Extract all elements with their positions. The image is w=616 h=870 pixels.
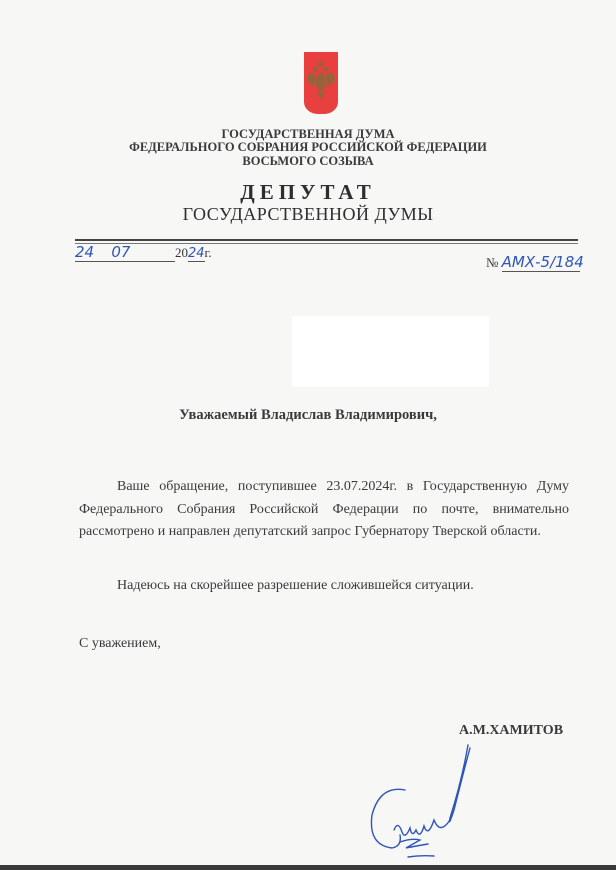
body-paragraph-1: Ваше обращение, поступившее 23.07.2024г.… — [79, 476, 569, 544]
year-prefix: 20 — [175, 245, 188, 260]
letterhead-line-2: ФЕДЕРАЛЬНОГО СОБРАНИЯ РОССИЙСКОЙ ФЕДЕРАЦ… — [0, 141, 616, 154]
letter-page: ГОСУДАРСТВЕННАЯ ДУМА ФЕДЕРАЛЬНОГО СОБРАН… — [0, 0, 616, 865]
date-handwritten-field: 24 07 — [75, 243, 175, 262]
header-rule-thick — [75, 239, 578, 241]
number-label: № — [486, 255, 498, 270]
signer-name: А.М.ХАМИТОВ — [459, 723, 563, 739]
closing: С уважением, — [79, 636, 161, 652]
coat-of-arms-icon — [304, 52, 338, 114]
number-value: АМХ-5/184 — [502, 253, 580, 272]
letter-date: 24 07 2024г. — [75, 243, 212, 262]
body-paragraph-2: Надеюсь на скорейшее разрешение сложивше… — [79, 575, 569, 598]
letter-number: № АМХ-5/184 — [486, 253, 580, 272]
greeting: Уважаемый Владислав Владимирович, — [0, 407, 616, 424]
letterhead-line-3: ВОСЬМОГО СОЗЫВА — [0, 155, 616, 168]
letterhead-subtitle: ГОСУДАРСТВЕННОЙ ДУМЫ — [0, 204, 616, 225]
year-suffix: г. — [205, 245, 212, 260]
letterhead-title: ДЕПУТАТ — [0, 180, 616, 205]
date-day: 24 — [75, 243, 94, 261]
year-handwritten: 24 — [188, 246, 205, 262]
signature-icon — [350, 740, 490, 870]
date-month: 07 — [111, 243, 130, 261]
redacted-recipient-block — [292, 316, 489, 387]
